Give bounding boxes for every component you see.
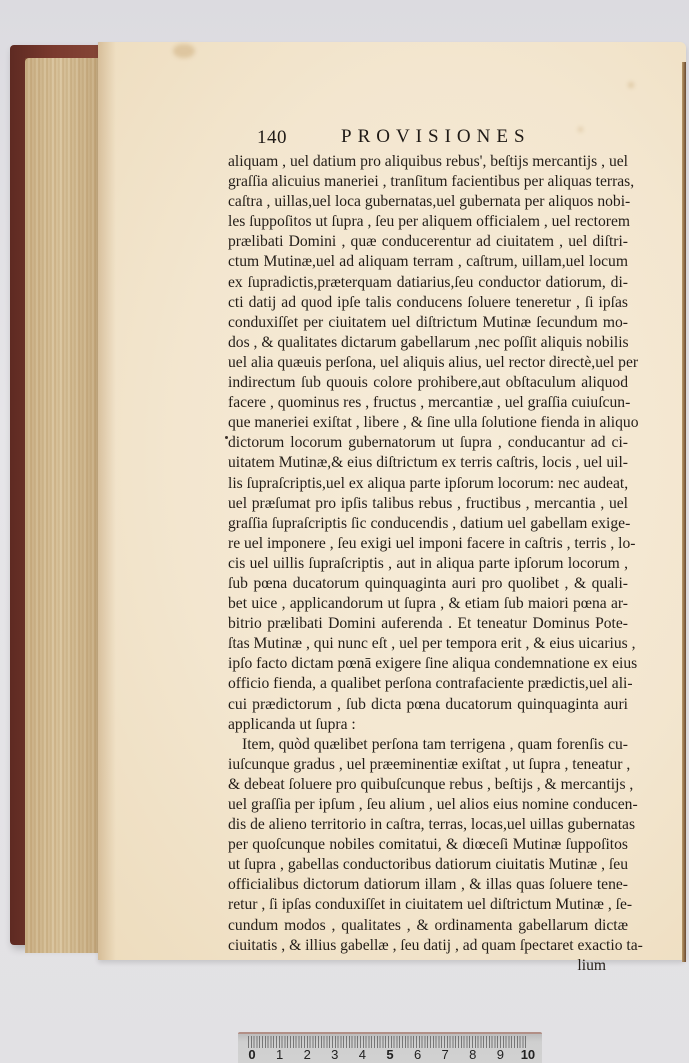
text-line: que maneriei exiſtat , libere , & ſine u… — [228, 413, 628, 433]
text-line: uel præſumat pro ipſis talibus rebus , f… — [228, 494, 628, 514]
ruler-label: 8 — [463, 1047, 483, 1063]
paragraph-start-line: Item, quòd quælibet perſona tam terrigen… — [228, 735, 628, 755]
text-line: ciuitatis , & illius gabellæ , ſeu datij… — [228, 936, 628, 956]
text-line: uel alia quæuis perſona, uel aliquis ali… — [228, 353, 628, 373]
text-line: officialibus dictorum datiorum illam , &… — [228, 875, 628, 895]
text-line: bitrio prælibati Domini auferenda . Et t… — [228, 614, 628, 634]
body-text: aliquam , uel datium pro aliquibus rebus… — [228, 152, 628, 976]
ruler-label: 3 — [325, 1047, 345, 1063]
ruler-label: 4 — [352, 1047, 372, 1063]
text-line: graſſia alicuius maneriei , tranſitum fa… — [228, 172, 628, 192]
catchword: lium — [228, 956, 628, 976]
text-line: ut ſupra , gabellas conductoribus datior… — [228, 855, 628, 875]
foxing-stain — [628, 82, 634, 88]
text-line: ex ſupradictis,præterquam datiarius,ſeu … — [228, 273, 628, 293]
ruler-labels: 0 1 2 3 4 5 6 7 8 9 10 — [242, 1047, 538, 1063]
text-line: lis ſupraſcriptis,uel ex aliqua parte ip… — [228, 474, 628, 494]
text-line: facere , quominus res , fructus , mercan… — [228, 393, 628, 413]
text-line: ctum Mutinæ,uel ad aliquam terram , caſt… — [228, 252, 628, 272]
text-line: uitatem Mutinæ,& eius diſtrictum ex terr… — [228, 453, 628, 473]
text-line: ipſo facto dictam pœnā exigere ſine aliq… — [228, 654, 628, 674]
text-line: retur , ſi ipſas conduxiſſet in ciuitate… — [228, 895, 628, 915]
text-line: re uel imponere , ſeu exigi uel imponi f… — [228, 534, 628, 554]
text-line: cui prædictorum , ſub dicta pœna ducator… — [228, 695, 628, 715]
text-line: cis uel uillis ſupraſcriptis , aut in al… — [228, 554, 628, 574]
foxing-stain — [578, 127, 583, 132]
text-line: ſub pœna ducatorum quinquaginta auri pro… — [228, 574, 628, 594]
text-line: conduxiſſet per ciuitatem uel diſtrictum… — [228, 313, 628, 333]
text-line: dictorum locorum gubernatorum ut ſupra ,… — [228, 433, 628, 453]
text-line: bet uice , applicandorum ut ſupra , & et… — [228, 594, 628, 614]
text-line: applicanda ut ſupra : — [228, 715, 628, 735]
text-line: iuſcunque gradus , uel præeminentiæ exiſ… — [228, 755, 628, 775]
ruler-label: 9 — [490, 1047, 510, 1063]
text-line: caſtra , uillas,uel loca gubernatas,uel … — [228, 192, 628, 212]
text-line: graſſia ſupraſcriptis ſic conducendis , … — [228, 514, 628, 534]
foxing-stain — [173, 44, 195, 58]
text-line: prælibati Domini , quæ conducerentur ad … — [228, 232, 628, 252]
text-line: officio fienda, a qualibet perſona contr… — [228, 674, 628, 694]
text-line: uel graſſia per ipſum , ſeu alium , uel … — [228, 795, 628, 815]
text-line: & debeat ſoluere pro quibuſcunque rebus … — [228, 775, 628, 795]
ruler-label: 6 — [408, 1047, 428, 1063]
ruler-label: 5 — [380, 1047, 400, 1063]
text-line: cti datij ad quod ipſe talis conducens ſ… — [228, 293, 628, 313]
ruler-label: 2 — [297, 1047, 317, 1063]
text-line: aliquam , uel datium pro aliquibus rebus… — [228, 152, 628, 172]
text-line: dos , & qualitates dictarum gabellarum ,… — [228, 333, 628, 353]
text-line: dis de alieno territorio in caſtra, terr… — [228, 815, 628, 835]
text-line: per quoſcunque nobiles comitatui, & diœc… — [228, 835, 628, 855]
text-line: indirectum ſub quouis colore prohibere,a… — [228, 373, 628, 393]
page-number: 140 — [257, 127, 287, 149]
text-line: les ſuppoſitos ut ſupra , ſeu per alique… — [228, 212, 628, 232]
text-line: cundum modos , qualitates , & ordinament… — [228, 916, 628, 936]
running-head: 140 PROVISIONES — [257, 127, 557, 151]
ruler-label: 10 — [518, 1047, 538, 1063]
text-line: ſtas Mutinæ , qui nunc eſt , uel per tem… — [228, 634, 628, 654]
ruler-label: 7 — [435, 1047, 455, 1063]
running-title: PROVISIONES — [341, 126, 531, 148]
page-fore-edge — [682, 62, 686, 962]
scale-ruler: 0 1 2 3 4 5 6 7 8 9 10 — [238, 1032, 542, 1063]
ruler-label: 1 — [270, 1047, 290, 1063]
ruler-label: 0 — [242, 1047, 262, 1063]
